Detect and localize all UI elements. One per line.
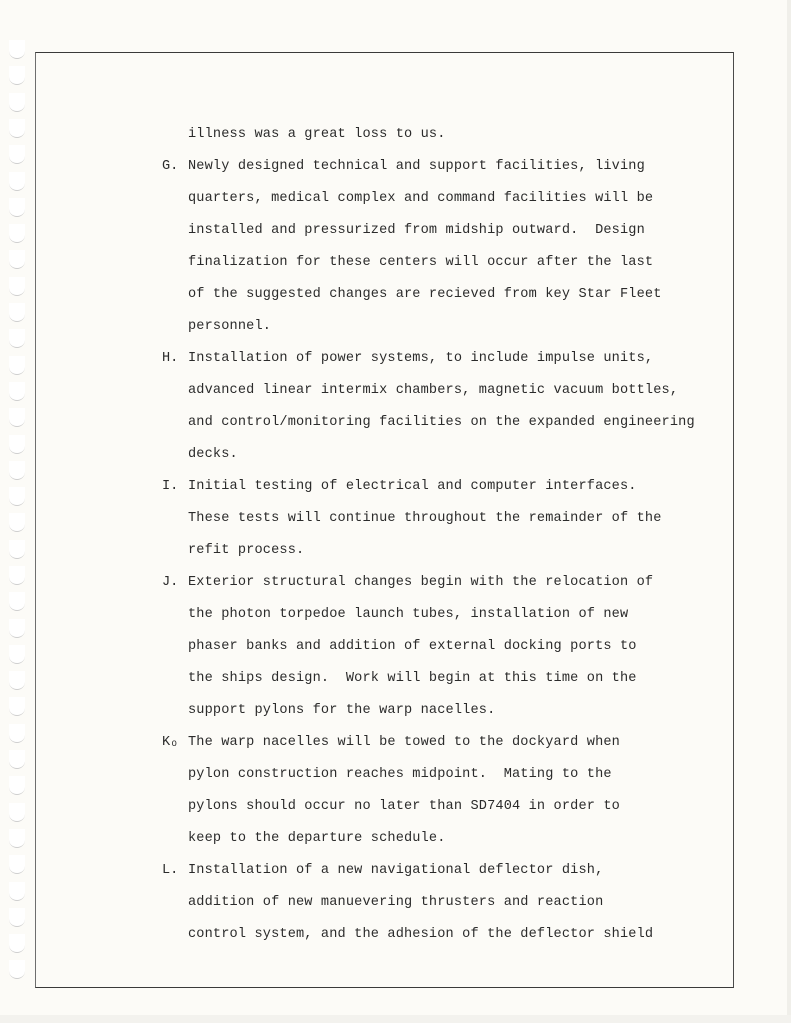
item-text-line: Installation of a new navigational defle…: [188, 863, 603, 879]
item-label: Kₒ: [162, 735, 178, 751]
intro-continuation-line: illness was a great loss to us.: [188, 127, 446, 143]
item-text-line: finalization for these centers will occu…: [188, 255, 653, 271]
item-text-line: phaser banks and addition of external do…: [188, 639, 637, 655]
item-text-line: Initial testing of electrical and comput…: [188, 479, 637, 495]
item-text-line: installed and pressurized from midship o…: [188, 223, 645, 239]
item-text-line: decks.: [188, 447, 238, 463]
item-text-line: control system, and the adhesion of the …: [188, 927, 653, 943]
item-text-line: support pylons for the warp nacelles.: [188, 703, 495, 719]
item-text-line: personnel.: [188, 319, 271, 335]
item-label: L.: [162, 863, 178, 879]
item-text-line: Exterior structural changes begin with t…: [188, 575, 653, 591]
item-text-line: the photon torpedoe launch tubes, instal…: [188, 607, 628, 623]
item-text-line: These tests will continue throughout the…: [188, 511, 662, 527]
item-text-line: advanced linear intermix chambers, magne…: [188, 383, 678, 399]
item-text-line: pylons should occur no later than SD7404…: [188, 799, 620, 815]
item-label: I.: [162, 479, 178, 495]
item-label: J.: [162, 575, 178, 591]
item-text-line: keep to the departure schedule.: [188, 831, 446, 847]
item-label: H.: [162, 351, 178, 367]
item-text-line: refit process.: [188, 543, 304, 559]
item-text-line: quarters, medical complex and command fa…: [188, 191, 653, 207]
item-text-line: the ships design. Work will begin at thi…: [188, 671, 637, 687]
document-body: illness was a great loss to us. G.Newly …: [0, 0, 791, 1023]
item-text-line: Installation of power systems, to includ…: [188, 351, 653, 367]
item-text-line: and control/monitoring facilities on the…: [188, 415, 695, 431]
item-label: G.: [162, 159, 178, 175]
item-text-line: pylon construction reaches midpoint. Mat…: [188, 767, 612, 783]
item-text-line: Newly designed technical and support fac…: [188, 159, 645, 175]
item-text-line: The warp nacelles will be towed to the d…: [188, 735, 620, 751]
item-text-line: of the suggested changes are recieved fr…: [188, 287, 662, 303]
item-text-line: addition of new manuevering thrusters an…: [188, 895, 603, 911]
